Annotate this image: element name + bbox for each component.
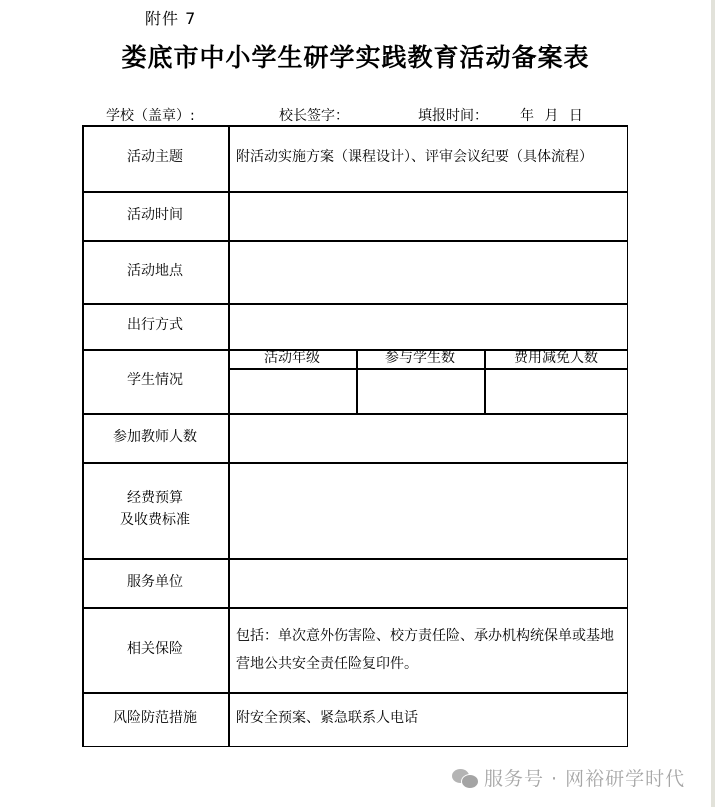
filled-time-label: 填报时间： bbox=[418, 105, 488, 125]
label-teacher-count: 参加教师人数 bbox=[82, 413, 228, 462]
field-fee-waiver-count[interactable] bbox=[484, 368, 628, 413]
date-placeholder: 年 月 日 bbox=[520, 105, 583, 125]
field-student-count[interactable] bbox=[356, 368, 484, 413]
page-edge-strip bbox=[711, 0, 715, 807]
subheader-grade: 活动年级 bbox=[228, 349, 356, 368]
annex-number: 附件 7 bbox=[145, 6, 196, 29]
field-risk-measures[interactable]: 附安全预案、紧急联系人电话 bbox=[228, 692, 628, 746]
label-travel-mode: 出行方式 bbox=[82, 303, 228, 349]
field-activity-location[interactable] bbox=[228, 240, 628, 303]
field-insurance[interactable]: 包括：单次意外伤害险、校方责任险、承办机构统保单或基地营地公共安全责任险复印件。 bbox=[228, 607, 628, 692]
document-title: 娄底市中小学生研学实践教育活动备案表 bbox=[0, 38, 711, 74]
label-insurance: 相关保险 bbox=[82, 607, 228, 692]
field-teacher-count[interactable] bbox=[228, 413, 628, 462]
subheader-student-count: 参与学生数 bbox=[356, 349, 484, 368]
watermark-text: 服务号 · 网裕研学时代 bbox=[484, 764, 685, 791]
field-budget-fees[interactable] bbox=[228, 462, 628, 558]
principal-signature-label: 校长签字： bbox=[279, 105, 349, 125]
label-activity-location: 活动地点 bbox=[82, 240, 228, 303]
field-travel-mode[interactable] bbox=[228, 303, 628, 349]
label-service-provider: 服务单位 bbox=[82, 558, 228, 607]
field-grade[interactable] bbox=[228, 368, 356, 413]
school-seal-label: 学校（盖章）: bbox=[106, 105, 195, 125]
label-student-info: 学生情况 bbox=[82, 349, 228, 413]
label-budget-line1: 经费预算 bbox=[127, 488, 183, 510]
field-activity-theme[interactable]: 附活动实施方案（课程设计）、评审会议纪要（具体流程） bbox=[228, 125, 628, 191]
watermark: 服务号 · 网裕研学时代 bbox=[452, 764, 685, 791]
label-activity-time: 活动时间 bbox=[82, 191, 228, 240]
label-budget-fees: 经费预算 及收费标准 bbox=[82, 462, 228, 558]
label-risk-measures: 风险防范措施 bbox=[82, 692, 228, 746]
field-activity-time[interactable] bbox=[228, 191, 628, 240]
label-activity-theme: 活动主题 bbox=[82, 125, 228, 191]
label-budget-line2: 及收费标准 bbox=[120, 510, 190, 532]
field-service-provider[interactable] bbox=[228, 558, 628, 607]
subheader-fee-waiver-count: 费用减免人数 bbox=[484, 349, 628, 368]
wechat-icon bbox=[452, 768, 478, 788]
filing-table: 活动主题 附活动实施方案（课程设计）、评审会议纪要（具体流程） 活动时间 活动地… bbox=[82, 125, 628, 747]
